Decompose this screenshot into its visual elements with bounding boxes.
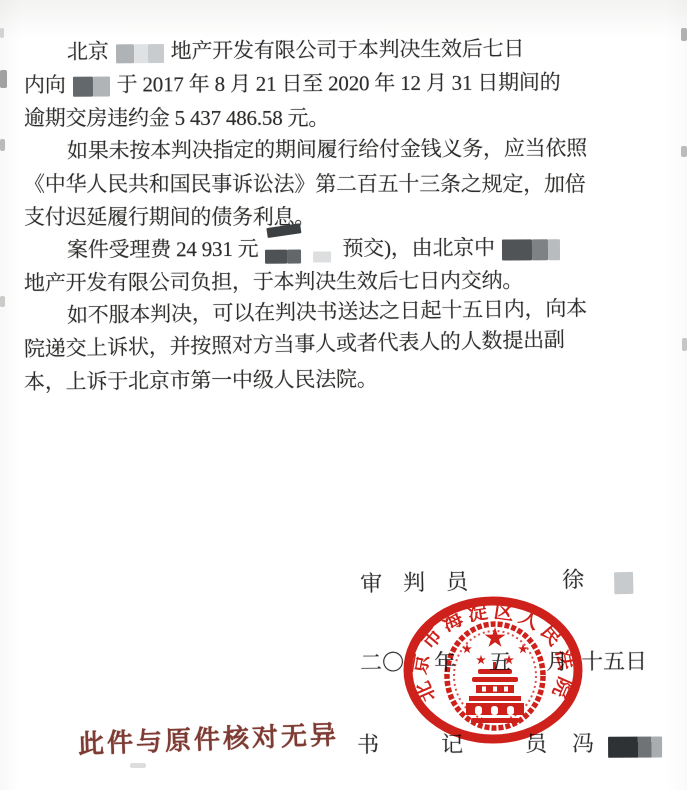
body-text: 《中华人民共和国民事诉讼法》第二百五十三条之规定，加倍 <box>24 172 586 196</box>
body-text: 如不服本判决，可以在判决书送达之日起十五日内，向本 <box>67 296 587 327</box>
body-text: 本，上诉于北京市第一中级人民法院。 <box>24 367 378 394</box>
body-line: 北京地产开发有限公司于本判决生效后七日 <box>24 32 624 69</box>
body-text: 北京 <box>67 39 109 63</box>
body-text: 逾期交房违约金 5 437 486.58 元。 <box>24 106 329 130</box>
court-seal: 北京市海淀区人民法院 <box>398 592 588 748</box>
document-body: 北京地产开发有限公司于本判决生效后七日内向于 2017 年 8 月 21 日至 … <box>24 36 624 399</box>
scan-artifact <box>681 28 687 41</box>
body-text: 支付迟延履行期间的债务利息。 <box>24 205 315 229</box>
verification-stamp-text: 此件与原件核对无异 <box>77 714 339 761</box>
redaction-block <box>608 737 662 758</box>
redaction-block <box>265 238 335 264</box>
judge-row: 审判员 徐 <box>0 565 687 578</box>
redaction-block <box>502 239 560 260</box>
body-text: 内向 <box>24 73 66 97</box>
judge-name: 徐 <box>562 567 585 593</box>
scan-artifact <box>0 296 5 307</box>
scan-artifact <box>682 338 687 351</box>
judgment-date-token: 十五日 <box>581 649 647 675</box>
body-text: 地产开发有限公司于本判决生效后七日 <box>171 37 525 63</box>
body-line: 《中华人民共和国民事诉讼法》第二百五十三条之规定，加倍 <box>24 168 624 201</box>
national-emblem-icon <box>447 624 543 728</box>
redaction-block <box>116 44 164 63</box>
body-line: 本，上诉于北京市第一中级人民法院。 <box>24 361 624 399</box>
body-text: 如果未按本判决指定的期间履行给付金钱义务，应当依照 <box>67 136 587 163</box>
scan-artifact <box>0 28 4 38</box>
scan-artifact <box>0 139 5 151</box>
body-text: 于 2017 年 8 月 21 日至 2020 年 12 月 31 日期间的 <box>117 70 561 96</box>
body-line: 逾期交房违约金 5 437 486.58 元。 <box>24 102 624 135</box>
body-line: 内向于 2017 年 8 月 21 日至 2020 年 12 月 31 日期间的 <box>24 66 624 102</box>
scan-artifact <box>681 146 687 157</box>
scanned-court-judgment-page: 北京地产开发有限公司于本判决生效后七日内向于 2017 年 8 月 21 日至 … <box>0 0 687 790</box>
redaction-block <box>73 77 110 97</box>
body-text: 案件受理费 24 931 元 <box>67 237 259 262</box>
body-text: 地产开发有限公司负担，于本判决生效后七日内交纳。 <box>24 268 523 295</box>
redaction-block <box>614 572 633 594</box>
body-line: 案件受理费 24 931 元预交)，由北京中 <box>24 231 624 267</box>
body-text: 预交)，由北京中 <box>342 236 495 261</box>
scan-artifact <box>0 70 7 88</box>
body-text: 院递交上诉状，并按照对方当事人或者代表人的人数提出副 <box>24 328 565 361</box>
body-line: 如果未按本判决指定的期间履行给付金钱义务，应当依照 <box>24 132 624 168</box>
scan-artifact <box>130 763 146 768</box>
body-line: 支付迟延履行期间的债务利息。 <box>24 201 624 234</box>
